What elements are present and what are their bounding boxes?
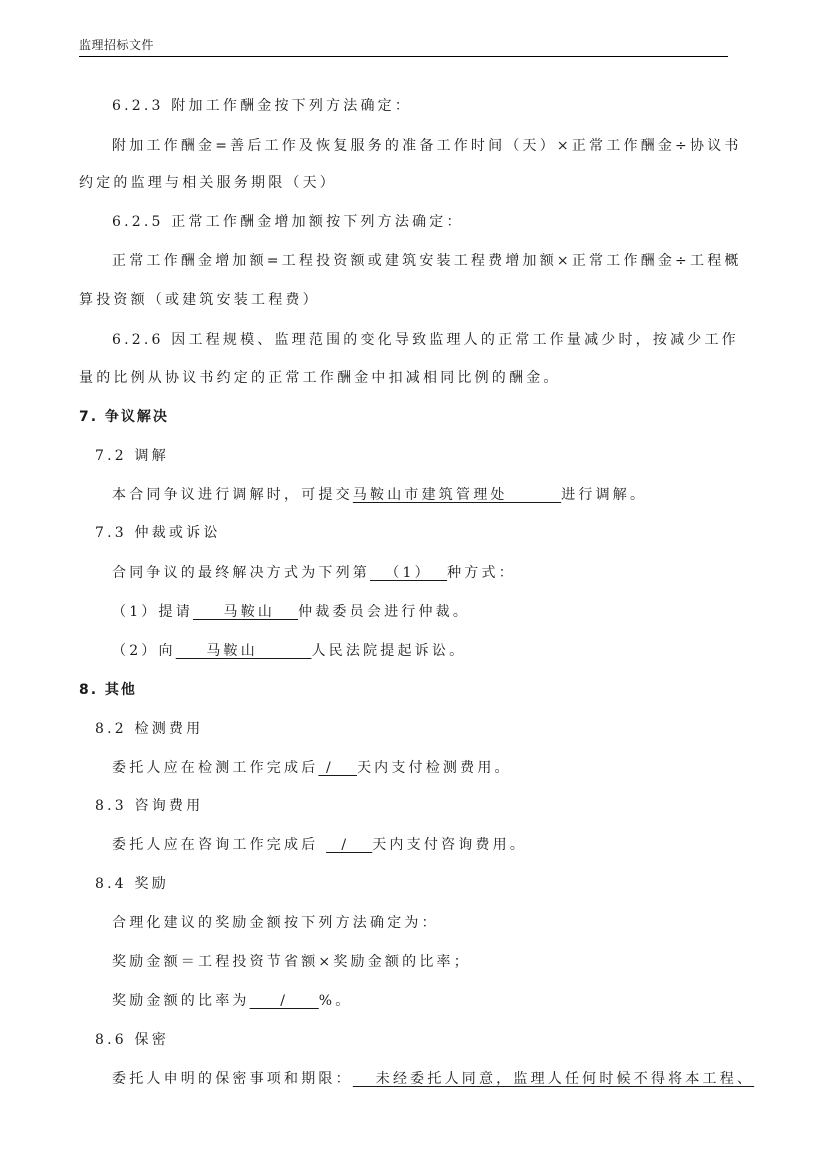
clause-7-2-title: 7.2 调解 xyxy=(95,445,169,465)
text: 合同争议的最终解决方式为下列第 xyxy=(112,565,370,581)
clause-8-4-title: 8.4 奖励 xyxy=(95,873,169,893)
clause-8-6-title: 8.6 保密 xyxy=(95,1029,169,1049)
clause-6-2-5-formula: 正常工作酬金增加额=工程投资额或建筑安装工程费增加额×正常工作酬金÷工程概 xyxy=(112,250,742,270)
consulting-days-field: / xyxy=(326,837,372,853)
mediation-body-field: 马鞍山市建筑管理处 xyxy=(353,487,561,503)
header-rule xyxy=(79,56,728,57)
clause-7-2-text: 本合同争议进行调解时，可提交马鞍山市建筑管理处 进行调解。 xyxy=(112,484,647,504)
text: （2）向 xyxy=(112,643,176,659)
arbitration-city-field: 马鞍山 xyxy=(193,604,298,620)
clause-8-4-line2: 奖励金额＝工程投资节省额×奖励金额的比率； xyxy=(112,951,471,971)
text: 天内支付咨询费用。 xyxy=(372,837,527,853)
clause-8-4-rate: 奖励金额的比率为 / %。 xyxy=(112,990,352,1010)
text: 本合同争议进行调解时，可提交 xyxy=(112,487,353,503)
clause-6-2-3-title: 6.2.3 附加工作酬金按下列方法确定： xyxy=(112,95,412,115)
text: 委托人申明的保密事项和期限： xyxy=(112,1071,353,1087)
confidentiality-field: 未经委托人同意，监理人任何时候不得将本工程、 xyxy=(353,1071,754,1087)
text: 种方式： xyxy=(447,565,516,581)
text: %。 xyxy=(319,993,353,1009)
text: 仲裁委员会进行仲裁。 xyxy=(298,604,470,620)
text: （1）提请 xyxy=(112,604,193,620)
running-header: 监理招标文件 xyxy=(79,36,728,53)
option-arbitration: （1）提请 马鞍山 仲裁委员会进行仲裁。 xyxy=(112,601,470,621)
text: 奖励金额的比率为 xyxy=(112,993,250,1009)
text: 天内支付检测费用。 xyxy=(357,760,512,776)
clause-7-3-text: 合同争议的最终解决方式为下列第 （1） 种方式： xyxy=(112,562,516,582)
clause-6-2-5-title: 6.2.5 正常工作酬金增加额按下列方法确定： xyxy=(112,211,464,231)
court-city-field: 马鞍山 xyxy=(176,643,312,659)
resolution-method-field: （1） xyxy=(370,565,447,581)
text: 人民法院提起诉讼。 xyxy=(311,643,466,659)
reward-rate-field: / xyxy=(250,993,319,1009)
section-7-heading: 7. 争议解决 xyxy=(79,406,169,426)
clause-7-3-title: 7.3 仲裁或诉讼 xyxy=(95,522,221,542)
clause-6-2-6-text: 6.2.6 因工程规模、监理范围的变化导致监理人的正常工作量减少时，按减少工作 xyxy=(112,329,739,349)
section-8-heading: 8. 其他 xyxy=(79,679,137,699)
clause-8-3-text: 委托人应在咨询工作完成后 / 天内支付咨询费用。 xyxy=(112,834,527,854)
clause-8-2-title: 8.2 检测费用 xyxy=(95,718,203,738)
clause-8-6-text: 委托人申明的保密事项和期限： 未经委托人同意，监理人任何时候不得将本工程、 xyxy=(112,1068,754,1088)
text: 委托人应在咨询工作完成后 xyxy=(112,837,326,853)
option-litigation: （2）向 马鞍山 人民法院提起诉讼。 xyxy=(112,640,466,660)
clause-8-4-line1: 合理化建议的奖励金额按下列方法确定为： xyxy=(112,912,439,932)
text: 委托人应在检测工作完成后 xyxy=(112,760,318,776)
clause-8-2-text: 委托人应在检测工作完成后 / 天内支付检测费用。 xyxy=(112,757,512,777)
clause-6-2-5-formula-cont: 算投资额（或建筑安装工程费） xyxy=(79,289,320,309)
clause-6-2-3-formula-cont: 约定的监理与相关服务期限（天） xyxy=(79,172,337,192)
testing-days-field: / xyxy=(318,760,357,776)
clause-6-2-3-formula: 附加工作酬金=善后工作及恢复服务的准备工作时间（天）×正常工作酬金÷协议书 xyxy=(112,135,742,155)
text: 进行调解。 xyxy=(561,487,647,503)
clause-8-3-title: 8.3 咨询费用 xyxy=(95,795,203,815)
clause-6-2-6-text-cont: 量的比例从协议书约定的正常工作酬金中扣减相同比例的酬金。 xyxy=(79,367,561,387)
